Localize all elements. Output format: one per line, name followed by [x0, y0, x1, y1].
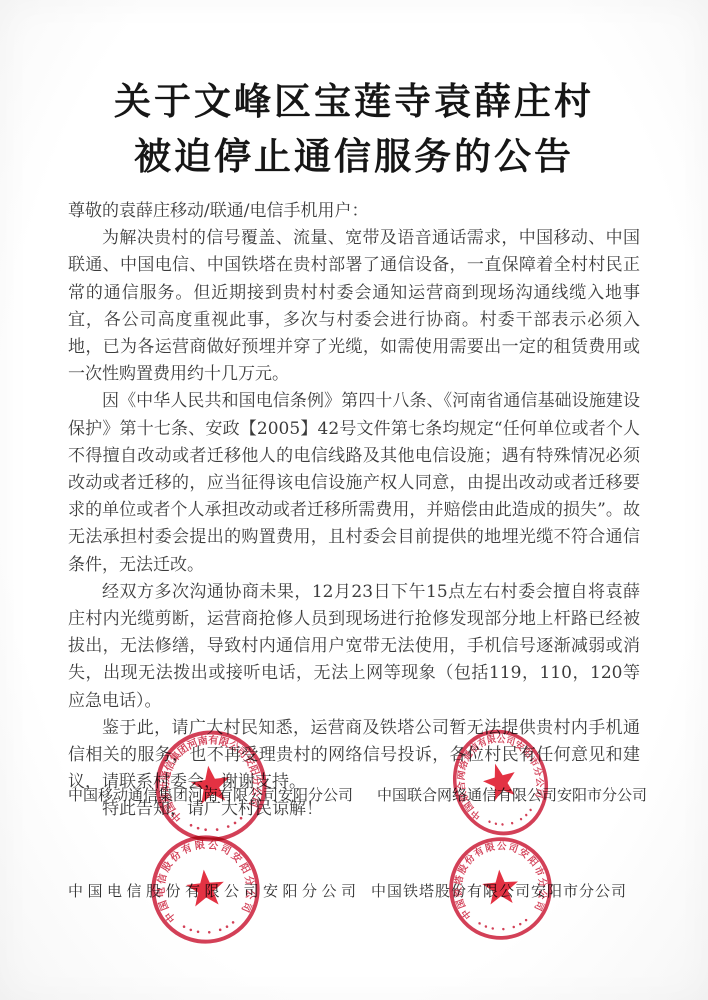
paragraph-2: 因《中华人民共和国电信条例》第四十八条、《河南省通信基础设施建设保护》第十七条、… [68, 388, 640, 578]
signature-china-tower: 中国铁塔股份有限公司安阳市分公司 [371, 880, 627, 901]
paragraph-1: 为解决贵村的信号覆盖、流量、宽带及语音通话需求，中国移动、中国联通、中国电信、中… [68, 225, 640, 388]
page-title: 关于文峰区宝莲寺袁薛庄村 被迫停止通信服务的公告 [0, 74, 708, 184]
paragraph-3: 经双方多次沟通协商未果，12月23日下午15点左右村委会擅自将袁薛庄村内光缆剪断… [68, 579, 640, 715]
signature-china-mobile: 中国移动通信集团河南有限公司安阳分公司 [68, 784, 353, 805]
signature-china-telecom: 中国电信股份有限公司安阳分公司 [68, 880, 361, 901]
page-title-line1: 关于文峰区宝莲寺袁薛庄村 [114, 79, 594, 123]
notice-body: 尊敬的袁薛庄移动/联通/电信手机用户： 为解决贵村的信号覆盖、流量、宽带及语音通… [68, 198, 640, 824]
signature-china-unicom: 中国联合网络通信有限公司安阳市分公司 [377, 784, 647, 805]
seal-code-dots [478, 919, 528, 932]
notice-document: 关于文峰区宝莲寺袁薛庄村 被迫停止通信服务的公告 尊敬的袁薛庄移动/联通/电信手… [0, 0, 708, 1000]
salutation: 尊敬的袁薛庄移动/联通/电信手机用户： [68, 198, 640, 225]
page-title-line2: 被迫停止通信服务的公告 [134, 134, 574, 178]
seal-code-dots [183, 921, 236, 936]
